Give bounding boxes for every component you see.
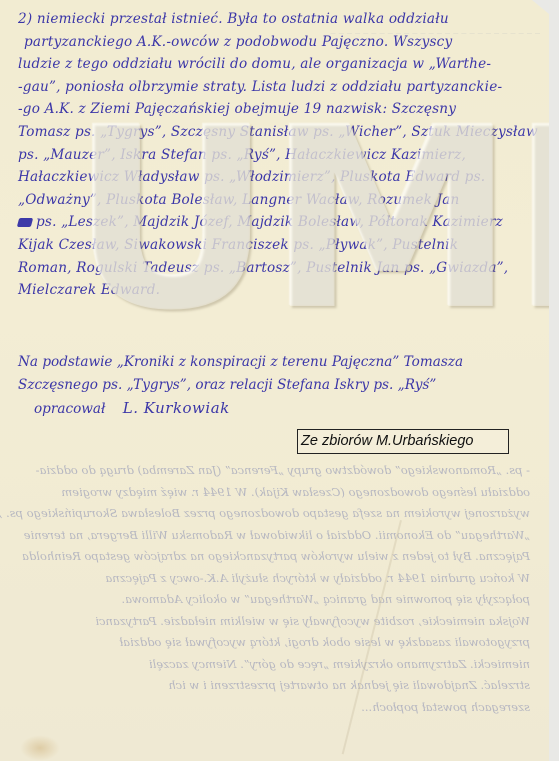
bleed-line: połączyły się ponownie nad granicą „Wart…	[30, 589, 530, 611]
text-line-with-smudge: ps. „Leszek”, Majdzik Józef, Majdzik Bol…	[18, 211, 538, 234]
scanned-paper-page: _ _ _ _ _ _ _ _ _ _ _ _ _ _ _ _ _ _ _ _ …	[0, 0, 549, 761]
bleed-line: „Warthegau” do Ekonomii. Oddział o likwi…	[30, 525, 530, 547]
text-line: -go A.K. z Ziemi Pajęczańskiej obejmuje …	[18, 98, 538, 121]
text-line: 2) niemiecki przestał istnieć. Była to o…	[18, 8, 538, 31]
signature: L. Kurkowiak	[123, 399, 230, 417]
text-line: Kijak Czesław, Siwakowski Franciszek ps.…	[18, 234, 538, 257]
bleed-line: Pajęczna. Był to jeden z wielu wyroków p…	[30, 546, 530, 568]
handwritten-main-text: 2) niemiecki przestał istnieć. Była to o…	[18, 8, 538, 302]
bleed-line: wyżarzonej wyrokiem na szefa gestapo dow…	[30, 503, 530, 525]
text-line: Tomasz ps. „Tygrys”, Szczęsny Stanisław …	[18, 121, 538, 144]
text-line: partyzanckiego A.K.-owców z podobwodu Pa…	[18, 31, 538, 54]
bleed-line: szeregach powstał popłoch...	[30, 697, 530, 719]
collection-caption-box: Ze zbiorów M.Urbańskiego	[297, 429, 509, 454]
prepared-by-line: opracował L. Kurkowiak	[18, 397, 538, 421]
text-line: -gau”, poniosła olbrzymie straty. Lista …	[18, 76, 538, 99]
bleed-line: strzelać. Znajdowali się jednak na otwar…	[30, 675, 530, 697]
ink-smudge	[17, 218, 33, 227]
bleed-through-text: - ps. „Romanowskiego” dowództwo grupy „F…	[30, 460, 530, 718]
bleed-line: W końcu grudnia 1944 r. oddziały w który…	[30, 568, 530, 590]
prepared-by-label: opracował	[34, 401, 105, 417]
text-line: Roman, Rogulski Tadeusz ps. „Bartosz”, P…	[18, 257, 538, 280]
text-line: ps. „Leszek”, Majdzik Józef, Majdzik Bol…	[36, 214, 503, 230]
bleed-line: - ps. „Romanowskiego” dowództwo grupy „F…	[30, 460, 530, 482]
text-line: Mielczarek Edward.	[18, 279, 538, 302]
text-line: Hałaczkiewicz Władysław ps. „Włodzimierz…	[18, 166, 538, 189]
text-line: ludzie z tego oddziału wrócili do domu, …	[18, 53, 538, 76]
bleed-line: oddziału leśnego dowodzonego (Czesław Ki…	[30, 482, 530, 504]
source-line: Na podstawie „Kroniki z konspiracji z te…	[18, 351, 538, 374]
bleed-line: przygotowali zasadzkę w lesie obok drogi…	[30, 632, 530, 654]
text-line: „Odważny”, Pluskota Bolesław, Langner Wa…	[18, 189, 538, 212]
handwritten-source-note: Na podstawie „Kroniki z konspiracji z te…	[18, 351, 538, 421]
source-line: Szczęsnego ps. „Tygrys”, oraz relacji St…	[18, 374, 538, 397]
paper-stain	[20, 735, 60, 761]
bleed-line: niemiecki. Zatrzymano okrzykiem „ręce do…	[30, 654, 530, 676]
bleed-line: Wojska niemieckie, rozbite wycofywały si…	[30, 611, 530, 633]
text-line: ps. „Mauzer”, Iskra Stefan ps. „Ryś”, Ha…	[18, 144, 538, 167]
